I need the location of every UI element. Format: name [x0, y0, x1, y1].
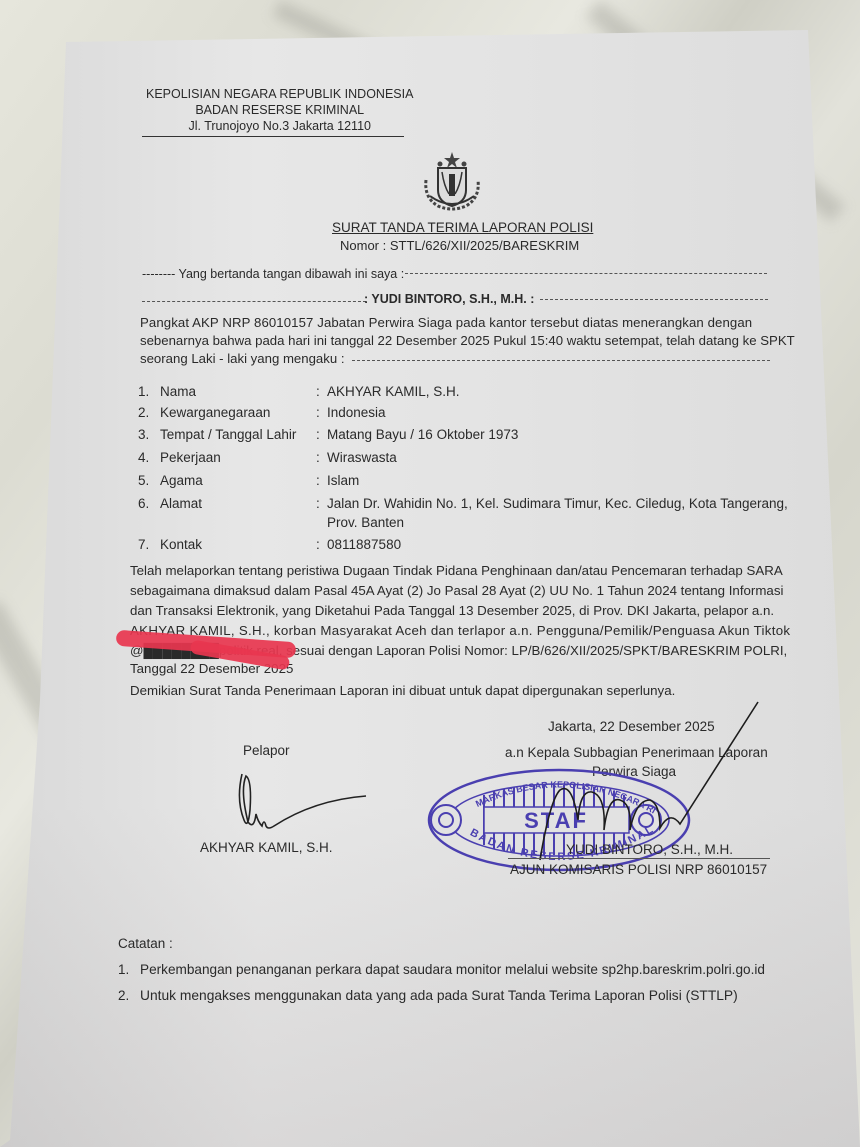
- field-value: Indonesia: [327, 403, 386, 423]
- intro-paragraph-line3: seorang Laki - laki yang mengaku :: [140, 351, 345, 367]
- report-line3: dan Transaksi Elektronik, yang Diketahui…: [130, 603, 774, 619]
- note-text: Untuk mengakses menggunakan data yang ad…: [140, 988, 738, 1003]
- intro-lead: -------- Yang bertanda tangan dibawah in…: [142, 267, 404, 282]
- field-label: Pekerjaan: [160, 450, 221, 465]
- field-label: Agama: [160, 473, 203, 488]
- note-number: 1.: [118, 962, 129, 977]
- field-label: Nama: [160, 384, 196, 399]
- note-number: 2.: [118, 988, 129, 1003]
- field-number: 6.: [138, 496, 149, 511]
- field-label: Tempat / Tanggal Lahir: [160, 427, 296, 442]
- field-colon: :: [316, 450, 320, 465]
- field-colon: :: [316, 405, 320, 420]
- closing-statement: Demikian Surat Tanda Penerimaan Laporan …: [130, 683, 675, 699]
- field-value: 0811887580: [327, 535, 401, 555]
- reporter-name: AKHYAR KAMIL, S.H.: [200, 840, 333, 856]
- signature-rule: [508, 858, 770, 859]
- dash-rule: [405, 273, 767, 274]
- officer-name-heading: : YUDI BINTORO, S.H., M.H. :: [364, 292, 534, 307]
- field-value: Wiraswasta: [327, 448, 397, 468]
- field-number: 3.: [138, 427, 149, 442]
- officer-rank: AJUN KOMISARIS POLISI NRP 86010157: [510, 862, 767, 878]
- report-line2: sebagaimana dimaksud dalam Pasal 45A Aya…: [130, 583, 783, 599]
- field-number: 4.: [138, 450, 149, 465]
- officer-signature-name: YUDI BINTORO, S.H., M.H.: [566, 842, 733, 858]
- field-value-line2: Prov. Banten: [327, 513, 404, 533]
- field-value: Islam: [327, 471, 359, 491]
- field-label: Kontak: [160, 537, 202, 552]
- field-colon: :: [316, 473, 320, 488]
- letterhead-rule: [142, 136, 404, 137]
- field-label: Alamat: [160, 496, 202, 511]
- report-line1: Telah melaporkan tentang peristiwa Dugaa…: [130, 563, 783, 579]
- reporter-signature: [234, 770, 374, 832]
- field-value: Jalan Dr. Wahidin No. 1, Kel. Sudimara T…: [327, 494, 788, 514]
- field-colon: :: [316, 496, 320, 511]
- dash-rule: [540, 299, 768, 300]
- notes-heading: Catatan :: [118, 936, 173, 952]
- reporter-label: Pelapor: [243, 743, 290, 759]
- field-number: 2.: [138, 405, 149, 420]
- field-value: Matang Bayu / 16 Oktober 1973: [327, 425, 518, 445]
- field-colon: :: [316, 384, 320, 399]
- intro-paragraph-line1: Pangkat AKP NRP 86010157 Jabatan Perwira…: [140, 315, 752, 331]
- field-number: 5.: [138, 473, 149, 488]
- field-value: AKHYAR KAMIL, S.H.: [327, 382, 460, 402]
- field-number: 1.: [138, 384, 149, 399]
- note-text: Perkembangan penanganan perkara dapat sa…: [140, 962, 765, 977]
- letterhead: KEPOLISIAN NEGARA REPUBLIK INDONESIA BAD…: [146, 86, 413, 137]
- police-emblem-icon: [416, 150, 488, 212]
- field-number: 7.: [138, 537, 149, 552]
- field-label: Kewarganegaraan: [160, 405, 270, 420]
- document-title: SURAT TANDA TERIMA LAPORAN POLISI: [332, 220, 593, 236]
- report-line4: AKHYAR KAMIL, S.H., korban Masyarakat Ac…: [130, 623, 790, 639]
- document-number: Nomor : STTL/626/XII/2025/BARESKRIM: [340, 238, 579, 254]
- field-colon: :: [316, 427, 320, 442]
- dash-rule: [142, 301, 366, 302]
- intro-paragraph-line2: sebenarnya bahwa pada hari ini tanggal 2…: [140, 333, 795, 349]
- field-colon: :: [316, 537, 320, 552]
- letterhead-org: KEPOLISIAN NEGARA REPUBLIK INDONESIA: [146, 86, 413, 102]
- dash-rule: [352, 360, 770, 361]
- letterhead-division: BADAN RESERSE KRIMINAL: [146, 102, 413, 118]
- letterhead-address: Jl. Trunojoyo No.3 Jakarta 12110: [146, 118, 413, 134]
